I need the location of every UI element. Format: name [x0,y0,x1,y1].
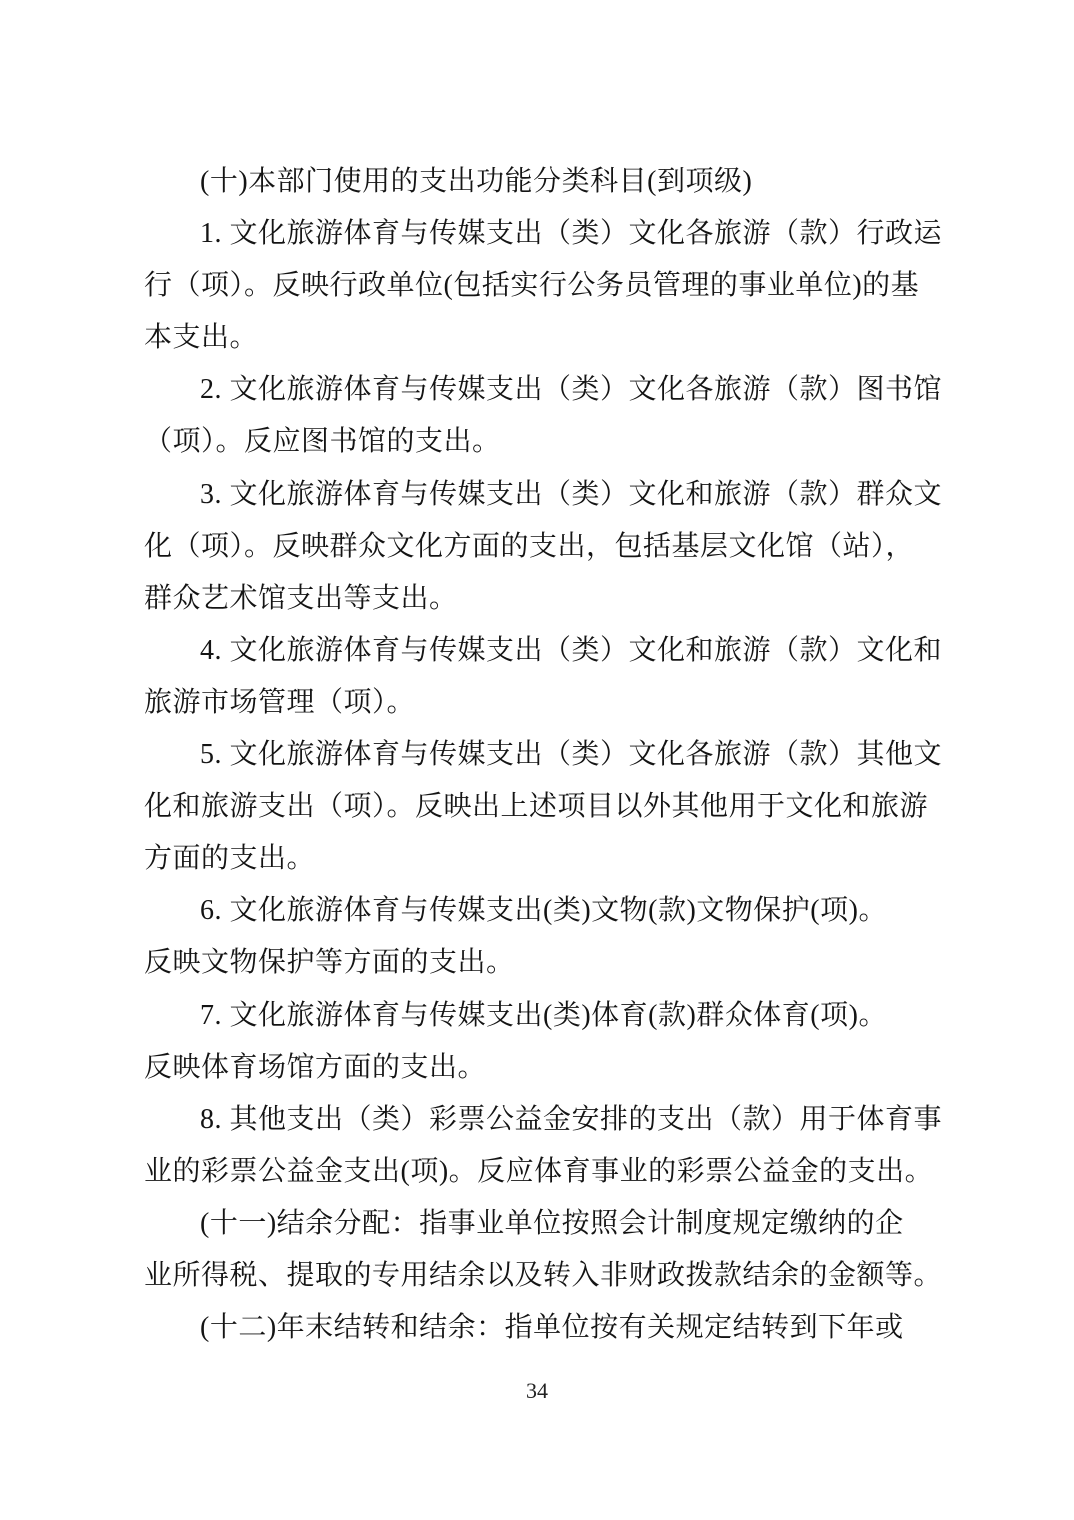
text-line: 5. 文化旅游体育与传媒支出（类）文化各旅游（款）其他文 [144,729,956,781]
paragraph: 4. 文化旅游体育与传媒支出（类）文化和旅游（款）文化和旅游市场管理（项）。 [144,625,956,729]
paragraph: 8. 其他支出（类）彩票公益金安排的支出（款）用于体育事业的彩票公益金支出(项)… [144,1094,956,1198]
text-line: 7. 文化旅游体育与传媒支出(类)体育(款)群众体育(项)。 [144,990,956,1042]
text-line: 化和旅游支出（项）。反映出上述项目以外其他用于文化和旅游 [144,781,956,833]
text-line: 2. 文化旅游体育与传媒支出（类）文化各旅游（款）图书馆 [144,364,956,416]
paragraph: 5. 文化旅游体育与传媒支出（类）文化各旅游（款）其他文化和旅游支出（项）。反映… [144,729,956,885]
paragraph: 6. 文化旅游体育与传媒支出(类)文物(款)文物保护(项)。反映文物保护等方面的… [144,885,956,989]
paragraph: (十一)结余分配：指事业单位按照会计制度规定缴纳的企业所得税、提取的专用结余以及… [144,1198,956,1302]
text-line: 6. 文化旅游体育与传媒支出(类)文物(款)文物保护(项)。 [144,885,956,937]
text-line: 4. 文化旅游体育与传媒支出（类）文化和旅游（款）文化和 [144,625,956,677]
text-line: 业的彩票公益金支出(项)。反应体育事业的彩票公益金的支出。 [144,1146,956,1198]
document-page: (十)本部门使用的支出功能分类科目(到项级)1. 文化旅游体育与传媒支出（类）文… [0,0,1074,1520]
paragraph: (十二)年末结转和结余：指单位按有关规定结转到下年或 [144,1302,956,1354]
paragraph: (十)本部门使用的支出功能分类科目(到项级) [144,156,956,208]
text-line: 群众艺术馆支出等支出。 [144,573,956,625]
text-line: 旅游市场管理（项）。 [144,677,956,729]
text-line: 行（项）。反映行政单位(包括实行公务员管理的事业单位)的基 [144,260,956,312]
text-line: 3. 文化旅游体育与传媒支出（类）文化和旅游（款）群众文 [144,469,956,521]
text-line: 本支出。 [144,312,956,364]
text-line: 化（项）。反映群众文化方面的支出，包括基层文化馆（站）， [144,521,956,573]
paragraph: 1. 文化旅游体育与传媒支出（类）文化各旅游（款）行政运行（项）。反映行政单位(… [144,208,956,364]
text-line: (十一)结余分配：指事业单位按照会计制度规定缴纳的企 [144,1198,956,1250]
text-line: 1. 文化旅游体育与传媒支出（类）文化各旅游（款）行政运 [144,208,956,260]
text-line: 反映文物保护等方面的支出。 [144,937,956,989]
document-body: (十)本部门使用的支出功能分类科目(到项级)1. 文化旅游体育与传媒支出（类）文… [144,156,956,1354]
paragraph: 3. 文化旅游体育与传媒支出（类）文化和旅游（款）群众文化（项）。反映群众文化方… [144,469,956,625]
text-line: (十)本部门使用的支出功能分类科目(到项级) [144,156,956,208]
text-line: (十二)年末结转和结余：指单位按有关规定结转到下年或 [144,1302,956,1354]
text-line: 反映体育场馆方面的支出。 [144,1042,956,1094]
page-number: 34 [0,1376,1074,1406]
text-line: 方面的支出。 [144,833,956,885]
text-line: （项）。反应图书馆的支出。 [144,416,956,468]
text-line: 业所得税、提取的专用结余以及转入非财政拨款结余的金额等。 [144,1250,956,1302]
paragraph: 2. 文化旅游体育与传媒支出（类）文化各旅游（款）图书馆（项）。反应图书馆的支出… [144,364,956,468]
text-line: 8. 其他支出（类）彩票公益金安排的支出（款）用于体育事 [144,1094,956,1146]
paragraph: 7. 文化旅游体育与传媒支出(类)体育(款)群众体育(项)。反映体育场馆方面的支… [144,990,956,1094]
